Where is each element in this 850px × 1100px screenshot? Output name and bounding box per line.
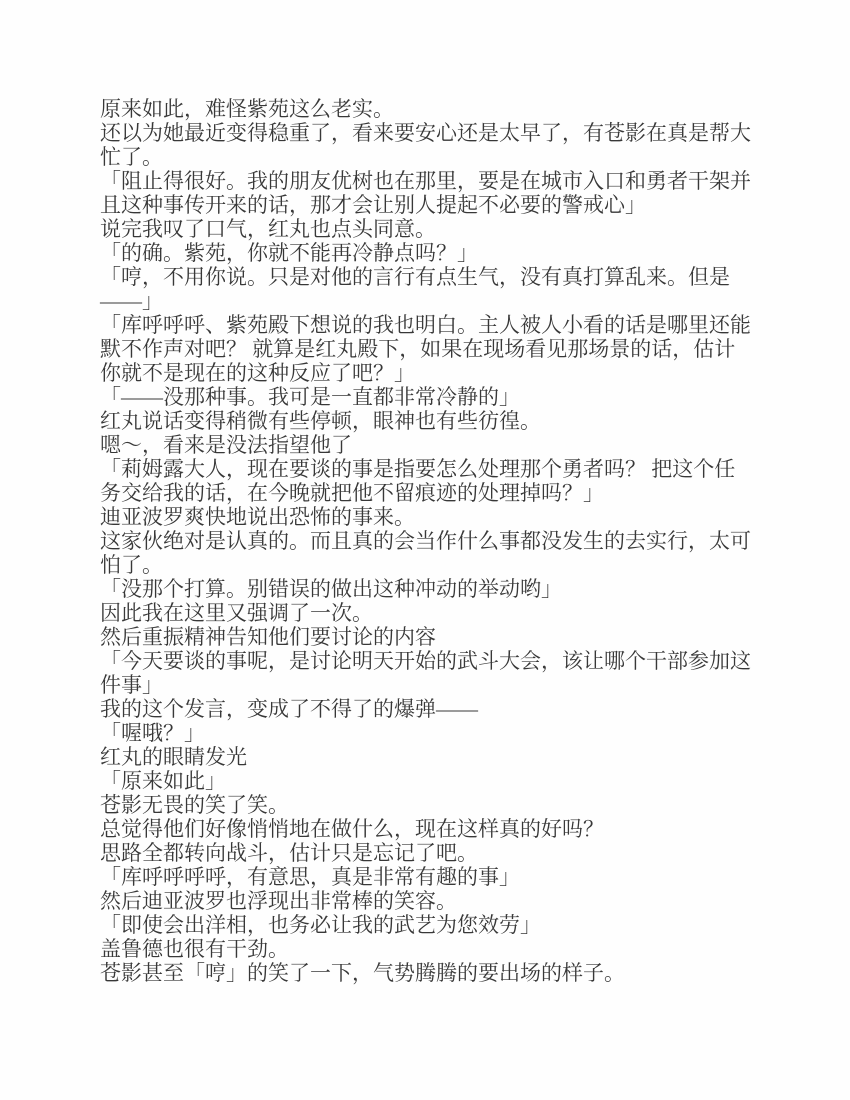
- text-line: 务交给我的话，在今晚就把他不留痕迹的处理掉吗？」: [100, 481, 768, 505]
- text-line: 苍影无畏的笑了笑。: [100, 793, 768, 817]
- text-line: 总觉得他们好像悄悄地在做什么，现在这样真的好吗？: [100, 817, 768, 841]
- text-line: 件事」: [100, 673, 768, 697]
- text-line: 「原来如此」: [100, 769, 768, 793]
- text-line: 「——没那种事。我可是一直都非常冷静的」: [100, 385, 768, 409]
- text-line: 还以为她最近变得稳重了，看来要安心还是太早了，有苍影在真是帮大: [100, 121, 768, 145]
- text-line: 「莉姆露大人，现在要谈的事是指要怎么处理那个勇者吗？ 把这个任: [100, 457, 768, 481]
- text-line: 嗯〜，看来是没法指望他了: [100, 433, 768, 457]
- text-line: 「哼，不用你说。只是对他的言行有点生气，没有真打算乱来。但是: [100, 265, 768, 289]
- text-line: 「没那个打算。别错误的做出这种冲动的举动哟」: [100, 577, 768, 601]
- text-line: 因此我在这里又强调了一次。: [100, 601, 768, 625]
- text-line: 然后迪亚波罗也浮现出非常棒的笑容。: [100, 889, 768, 913]
- text-line: 忙了。: [100, 145, 768, 169]
- text-line: 我的这个发言，变成了不得了的爆弹——: [100, 697, 768, 721]
- text-line: 说完我叹了口气，红丸也点头同意。: [100, 217, 768, 241]
- text-line: 迪亚波罗爽快地说出恐怖的事来。: [100, 505, 768, 529]
- text-line: 且这种事传开来的话，那才会让别人提起不必要的警戒心」: [100, 193, 768, 217]
- text-line: 苍影甚至「哼」的笑了一下，气势腾腾的要出场的样子。: [100, 961, 768, 985]
- text-line: 「的确。紫苑，你就不能再冷静点吗？」: [100, 241, 768, 265]
- text-line: 「阻止得很好。我的朋友优树也在那里，要是在城市入口和勇者干架并: [100, 169, 768, 193]
- text-line: 「喔哦？」: [100, 721, 768, 745]
- novel-text-block: 原来如此，难怪紫苑这么老实。还以为她最近变得稳重了，看来要安心还是太早了，有苍影…: [100, 97, 768, 985]
- text-line: 然后重振精神告知他们要讨论的内容: [100, 625, 768, 649]
- text-line: 「库呼呼呼、紫苑殿下想说的我也明白。主人被人小看的话是哪里还能: [100, 313, 768, 337]
- text-line: 红丸的眼睛发光: [100, 745, 768, 769]
- text-line: 默不作声对吧？ 就算是红丸殿下，如果在现场看见那场景的话，估计: [100, 337, 768, 361]
- novel-page: 原来如此，难怪紫苑这么老实。还以为她最近变得稳重了，看来要安心还是太早了，有苍影…: [0, 0, 850, 1100]
- text-line: 怕了。: [100, 553, 768, 577]
- text-line: 原来如此，难怪紫苑这么老实。: [100, 97, 768, 121]
- text-line: 思路全都转向战斗，估计只是忘记了吧。: [100, 841, 768, 865]
- text-line: 你就不是现在的这种反应了吧？」: [100, 361, 768, 385]
- text-line: 红丸说话变得稍微有些停顿，眼神也有些彷徨。: [100, 409, 768, 433]
- text-line: 「即使会出洋相，也务必让我的武艺为您效劳」: [100, 913, 768, 937]
- text-line: 「库呼呼呼呼，有意思，真是非常有趣的事」: [100, 865, 768, 889]
- text-line: ——」: [100, 289, 768, 313]
- text-line: 「今天要谈的事呢，是讨论明天开始的武斗大会，该让哪个干部参加这: [100, 649, 768, 673]
- text-line: 盖鲁德也很有干劲。: [100, 937, 768, 961]
- text-line: 这家伙绝对是认真的。而且真的会当作什么事都没发生的去实行，太可: [100, 529, 768, 553]
